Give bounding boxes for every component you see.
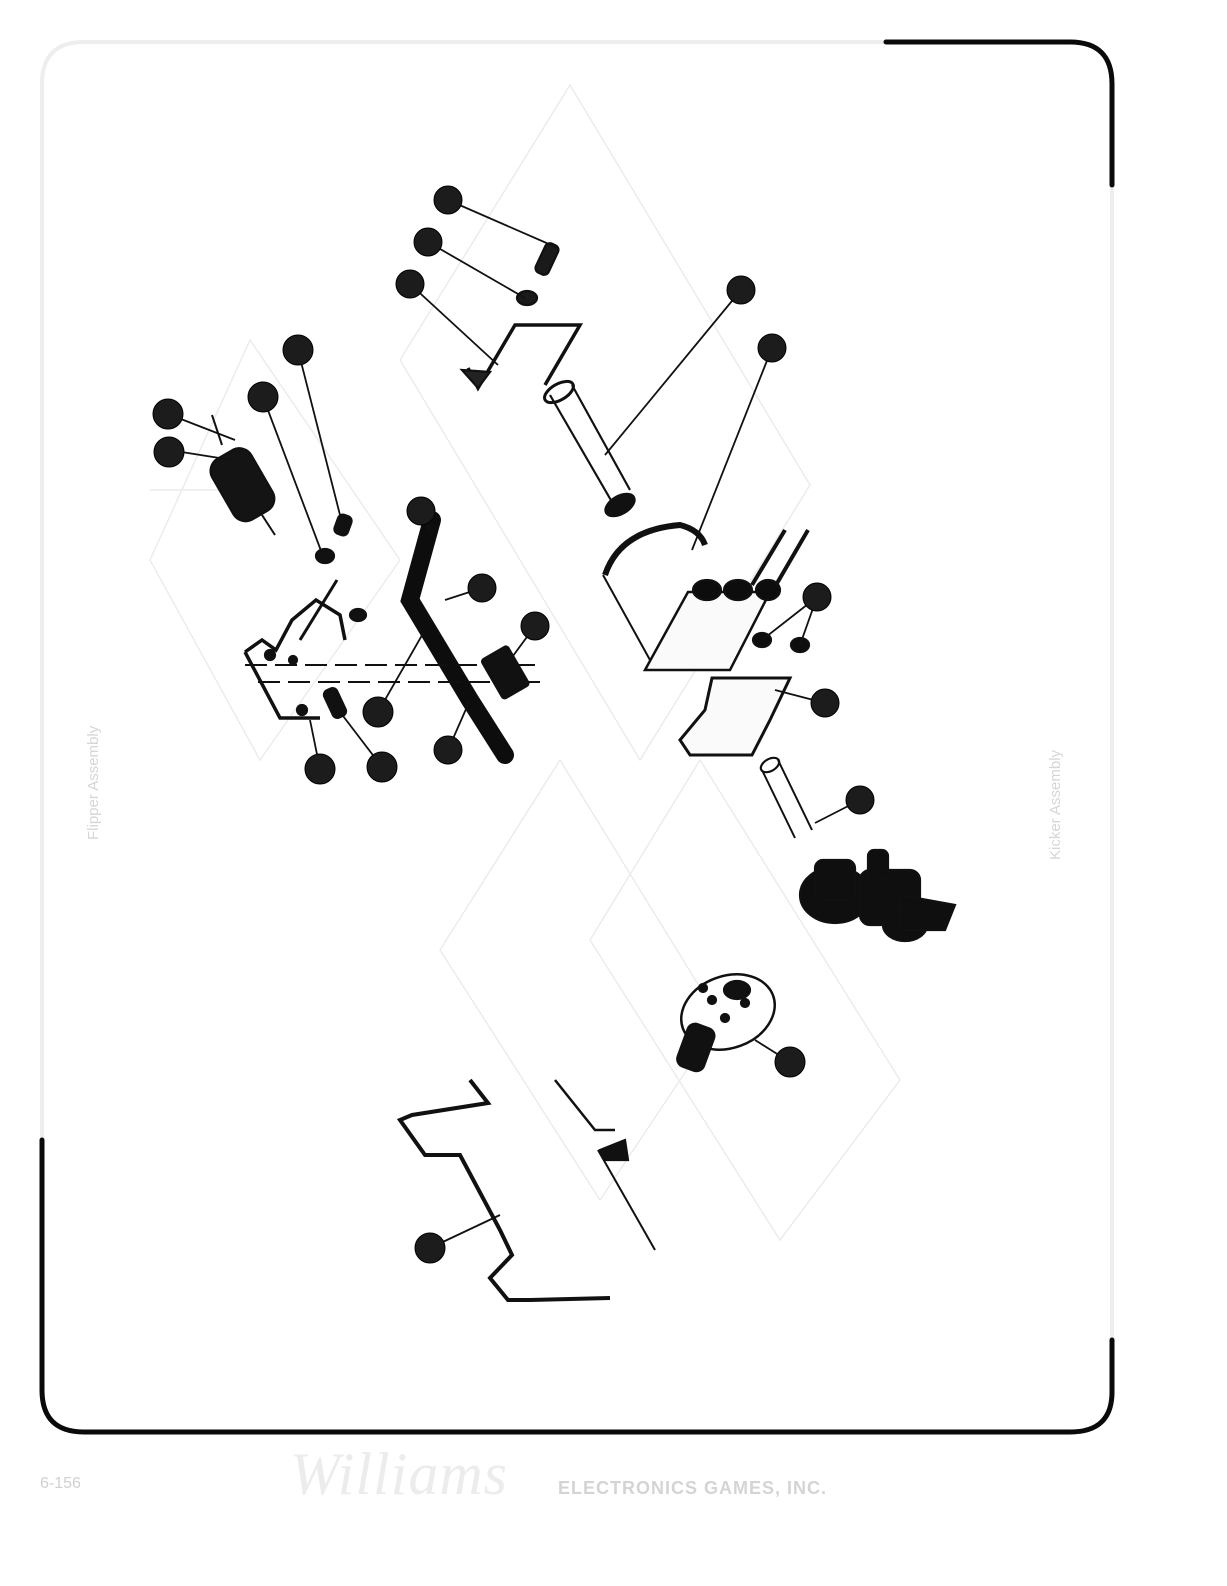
caption-right: Kicker Assembly (1047, 749, 1064, 860)
caption-left: Flipper Assembly (85, 725, 102, 840)
exploded-parts-diagram: Flipper Assembly Kicker Assembly (0, 0, 1227, 1586)
brand-logo: Williams (290, 1440, 508, 1509)
page-frame (42, 42, 1112, 1432)
page-number: 6-156 (40, 1475, 81, 1493)
company-name: ELECTRONICS GAMES, INC. (558, 1478, 827, 1499)
